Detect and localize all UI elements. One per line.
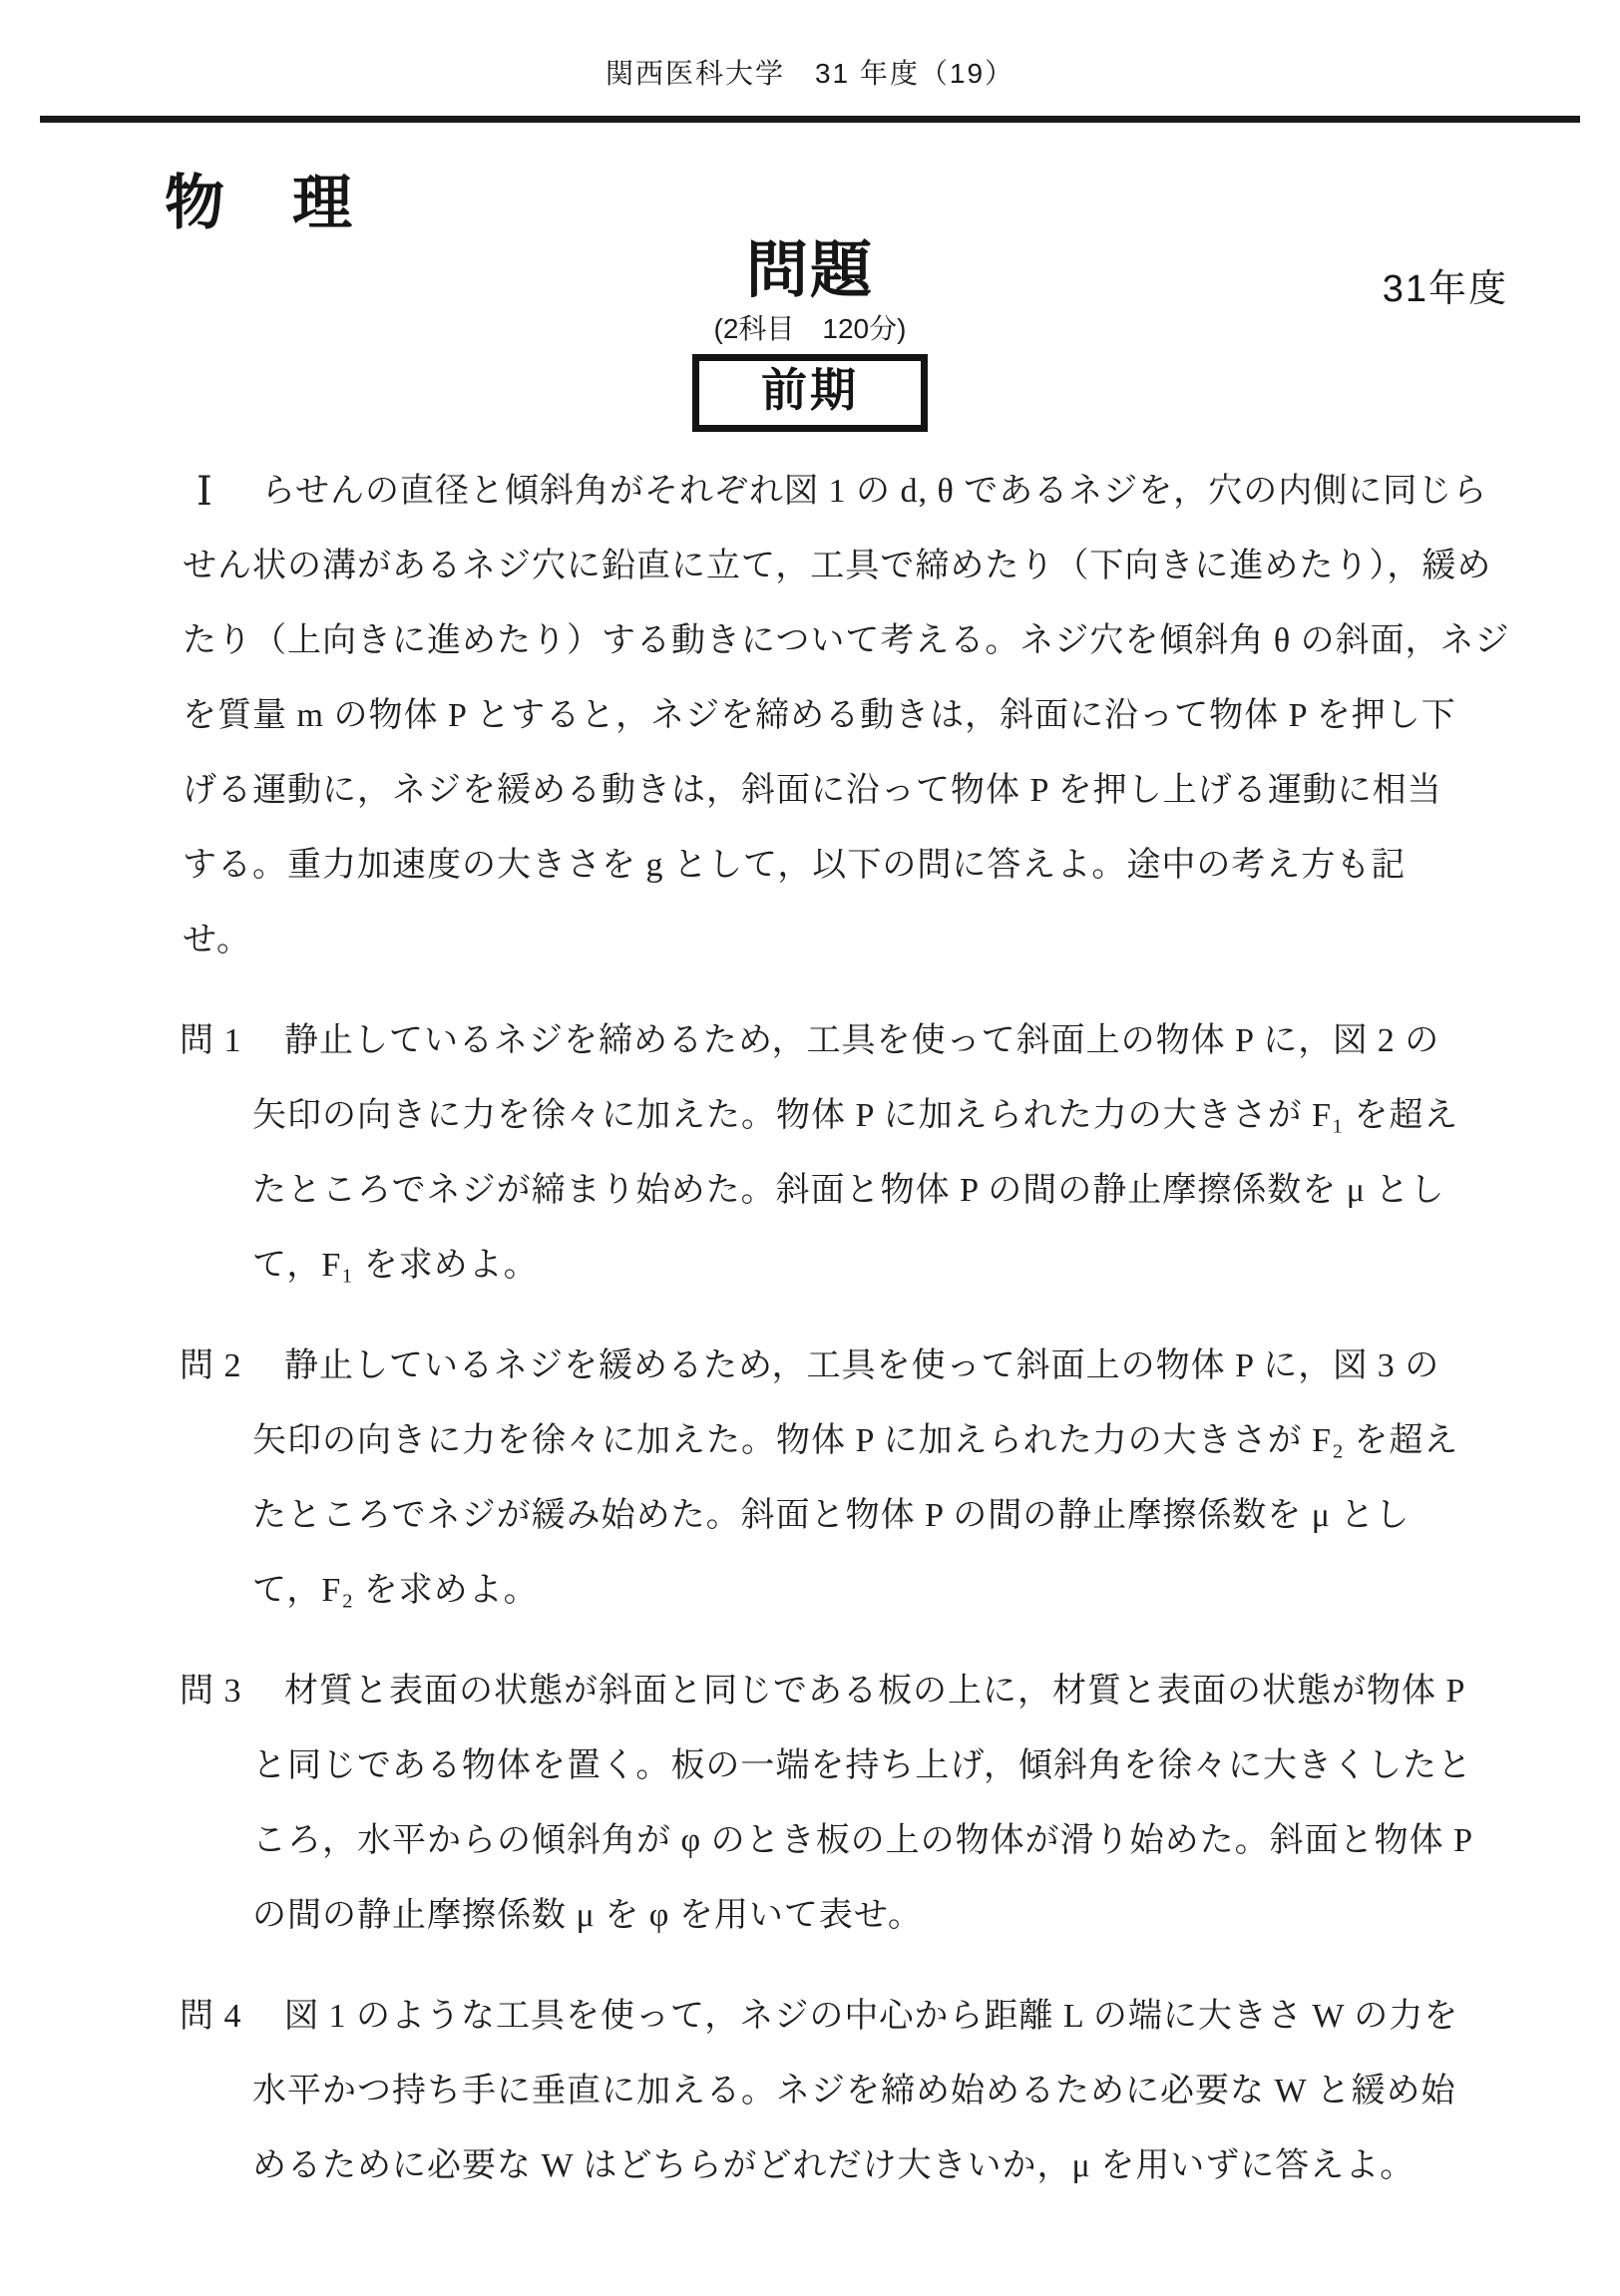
text-line: 静止しているネジを緩めるため，工具を使って斜面上の物体 P に，図 3 の	[252, 1329, 1455, 1403]
text-line: と同じである物体を置く。板の一端を持ち上げ，傾斜角を徐々に大きくしたと	[252, 1728, 1455, 1803]
term-box: 前期	[692, 354, 928, 432]
problem-heading: 問題	[0, 238, 1620, 304]
text-line: する。重力加速度の大きさを g として，以下の問に答えよ。途中の考え方も記	[183, 828, 1455, 903]
exam-page: 関西医科大学 31 年度（19） 物 理 問題 (2科目 120分) 前期 31…	[0, 0, 1620, 2296]
text-line: たところでネジが締まり始めた。斜面と物体 P の間の静止摩擦係数を μ とし	[252, 1153, 1455, 1228]
question-3-label: 問 3	[180, 1654, 242, 1728]
text-line: たり（上向きに進めたり）する動きについて考える。ネジ穴を傾斜角 θ の斜面，ネジ	[183, 603, 1455, 678]
problem-body: Ⅰ らせんの直径と傾斜角がそれぞれ図 1 の d, θ であるネジを，穴の内側に…	[0, 454, 1620, 2203]
page-header: 関西医科大学 31 年度（19）	[0, 0, 1620, 92]
question-2-label: 問 2	[180, 1329, 242, 1403]
text-line: の間の静止摩擦係数 μ を φ を用いて表せ。	[252, 1878, 1455, 1953]
text-line: せん状の溝があるネジ穴に鉛直に立て，工具で締めたり（下向きに進めたり），緩め	[183, 529, 1455, 603]
text-line: せ。	[183, 903, 1455, 977]
text-line: げる運動に，ネジを緩める動きは，斜面に沿って物体 P を押し上げる運動に相当	[183, 753, 1455, 828]
text-line: を質量 m の物体 P とすると，ネジを締める動きは，斜面に沿って物体 P を押…	[183, 678, 1455, 753]
question-1-label: 問 1	[180, 1003, 242, 1078]
section-1: Ⅰ らせんの直径と傾斜角がそれぞれ図 1 の d, θ であるネジを，穴の内側に…	[183, 454, 1455, 977]
subject-title: 物 理	[165, 169, 1620, 238]
question-3: 問 3 材質と表面の状態が斜面と同じである板の上に，材質と表面の状態が物体 P …	[252, 1654, 1455, 1953]
text-line: たところでネジが緩み始めた。斜面と物体 P の間の静止摩擦係数を μ とし	[252, 1478, 1455, 1553]
question-2: 問 2 静止しているネジを緩めるため，工具を使って斜面上の物体 P に，図 3 …	[252, 1329, 1455, 1628]
text-line: 矢印の向きに力を徐々に加えた。物体 P に加えられた力の大きさが F₁ を超え	[252, 1078, 1455, 1153]
text-line: めるために必要な W はどちらがどれだけ大きいか，μ を用いずに答えよ。	[252, 2128, 1455, 2203]
question-4-label: 問 4	[180, 1979, 242, 2054]
year-label: 31年度	[1383, 257, 1508, 312]
header-rule	[40, 116, 1580, 123]
question-1: 問 1 静止しているネジを締めるため，工具を使って斜面上の物体 P に，図 2 …	[252, 1003, 1455, 1303]
text-line: らせんの直径と傾斜角がそれぞれ図 1 の d, θ であるネジを，穴の内側に同じ…	[183, 454, 1455, 529]
text-line: ころ，水平からの傾斜角が φ のとき板の上の物体が滑り始めた。斜面と物体 P	[252, 1803, 1455, 1878]
duration-note: (2科目 120分)	[0, 312, 1620, 346]
text-line: て，F₂ を求めよ。	[252, 1553, 1455, 1628]
text-line: 静止しているネジを締めるため，工具を使って斜面上の物体 P に，図 2 の	[252, 1003, 1455, 1078]
text-line: 材質と表面の状態が斜面と同じである板の上に，材質と表面の状態が物体 P	[252, 1654, 1455, 1728]
question-4: 問 4 図 1 のような工具を使って，ネジの中心から距離 L の端に大きさ W …	[252, 1979, 1455, 2203]
text-line: 矢印の向きに力を徐々に加えた。物体 P に加えられた力の大きさが F₂ を超え	[252, 1403, 1455, 1478]
text-line: 図 1 のような工具を使って，ネジの中心から距離 L の端に大きさ W の力を	[252, 1979, 1455, 2054]
text-line: 水平かつ持ち手に垂直に加える。ネジを締め始めるために必要な W と緩め始	[252, 2054, 1455, 2128]
text-line: て，F₁ を求めよ。	[252, 1228, 1455, 1303]
section-1-numeral: Ⅰ	[197, 454, 213, 529]
